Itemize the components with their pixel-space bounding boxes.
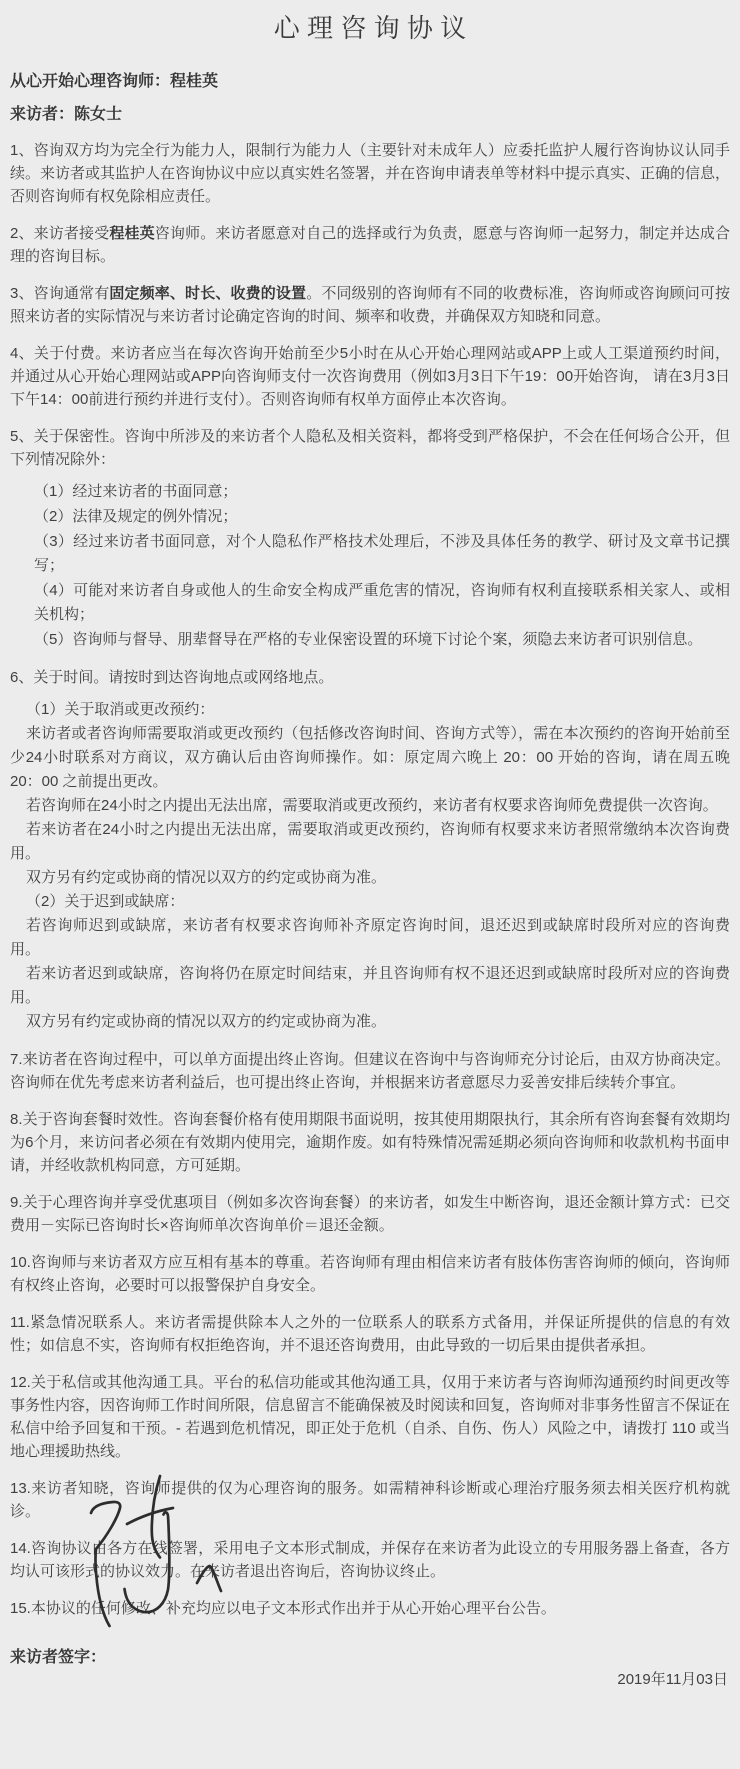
- clause-5-subitem-1: （1）经过来访者的书面同意；: [10, 480, 730, 504]
- signature-stroke-caret: [197, 1566, 221, 1591]
- clause-6-subline-4: 若来访者在24小时之内提出无法出席，需要取消或更改预约，咨询师有权要求来访者照常…: [10, 818, 730, 866]
- clause-6: 6、关于时间。请按时到达咨询地点或网络地点。 （1）关于取消或更改预约： 来访者…: [10, 666, 730, 1034]
- agreement-page: 心理咨询协议 从心开始心理咨询师：程桂英 来访者：陈女士 1、咨询双方均为完全行…: [0, 0, 740, 1769]
- clause-4: 4、关于付费。来访者应当在每次咨询开始前至少5小时在从心开始心理网站或APP上或…: [10, 342, 730, 411]
- clause-6-subline-3: 若咨询师在24小时之内提出无法出席，需要取消或更改预约，来访者有权要求咨询师免费…: [10, 794, 730, 818]
- clause-6-intro: 6、关于时间。请按时到达咨询地点或网络地点。: [10, 666, 730, 689]
- clause-6-subline-2: 来访者或者咨询师需要取消或更改预约（包括修改咨询时间、咨询方式等），需在本次预约…: [10, 722, 730, 794]
- counselor-name-emphasis: 程桂英: [109, 225, 154, 242]
- page-title: 心理咨询协议: [10, 10, 730, 46]
- clause-2-pre: 2、来访者接受: [10, 225, 109, 242]
- clause-9: 9.关于心理咨询并享受优惠项目（例如多次咨询套餐）的来访者，如发生中断咨询，退还…: [10, 1191, 730, 1237]
- clause-7: 7.来访者在咨询过程中，可以单方面提出终止咨询。但建议在咨询中与咨询师充分讨论后…: [10, 1048, 730, 1094]
- clause-5-subitem-3: （3）经过来访者书面同意，对个人隐私作严格技术处理后，不涉及具体任务的教学、研讨…: [10, 530, 730, 578]
- clause-3: 3、咨询通常有固定频率、时长、收费的设置。不同级别的咨询师有不同的收费标准，咨询…: [10, 282, 730, 328]
- clause-11: 11.紧急情况联系人。来访者需提供除本人之外的一位联系人的联系方式备用，并保证所…: [10, 1311, 730, 1357]
- visitor-heading: 来访者：陈女士: [10, 105, 730, 125]
- fee-setting-emphasis: 固定频率、时长、收费的设置: [109, 285, 306, 302]
- clause-5-intro: 5、关于保密性。咨询中所涉及的来访者个人隐私及相关资料，都将受到严格保护，不会在…: [10, 425, 730, 471]
- signing-date: 2019年11月03日: [617, 1670, 728, 1690]
- signature-stroke-loop: [125, 1512, 170, 1612]
- signature-stroke-crossbar: [127, 1508, 173, 1524]
- signature-label: 来访者签字：: [10, 1648, 730, 1668]
- clause-6-subline-5: 双方另有约定或协商的情况以双方的约定或协商为准。: [10, 866, 730, 890]
- signature-stroke-stem: [152, 1476, 160, 1558]
- signature-stroke-hook: [91, 1502, 120, 1626]
- time-rules: （1）关于取消或更改预约： 来访者或者咨询师需要取消或更改预约（包括修改咨询时间…: [10, 698, 730, 1034]
- clause-3-pre: 3、咨询通常有: [10, 285, 109, 302]
- clause-6-subline-8: 若来访者迟到或缺席，咨询将仍在原定时间结束，并且咨询师有权不退还迟到或缺席时段所…: [10, 962, 730, 1010]
- visitor-handwritten-signature: [70, 1460, 240, 1650]
- clause-5-subitem-2: （2）法律及规定的例外情况；: [10, 505, 730, 529]
- clause-8: 8.关于咨询套餐时效性。咨询套餐价格有使用期限书面说明，按其使用期限执行，其余所…: [10, 1108, 730, 1177]
- clause-6-subline-1: （1）关于取消或更改预约：: [10, 698, 730, 722]
- clause-12: 12.关于私信或其他沟通工具。平台的私信功能或其他沟通工具，仅用于来访者与咨询师…: [10, 1371, 730, 1463]
- clause-5-subitem-5: （5）咨询师与督导、朋辈督导在严格的专业保密设置的环境下讨论个案，须隐去来访者可…: [10, 628, 730, 652]
- clause-6-subline-9: 双方另有约定或协商的情况以双方的约定或协商为准。: [10, 1010, 730, 1034]
- clause-6-subline-7: 若咨询师迟到或缺席，来访者有权要求咨询师补齐原定咨询时间，退还迟到或缺席时段所对…: [10, 914, 730, 962]
- clause-10: 10.咨询师与来访者双方应互相有基本的尊重。若咨询师有理由相信来访者有肢体伤害咨…: [10, 1251, 730, 1297]
- clause-6-subline-6: （2）关于迟到或缺席：: [10, 890, 730, 914]
- clause-1: 1、咨询双方均为完全行为能力人，限制行为能力人（主要针对未成年人）应委托监护人履…: [10, 139, 730, 208]
- clause-5: 5、关于保密性。咨询中所涉及的来访者个人隐私及相关资料，都将受到严格保护，不会在…: [10, 425, 730, 652]
- agreement-body: 1、咨询双方均为完全行为能力人，限制行为能力人（主要针对未成年人）应委托监护人履…: [10, 139, 730, 1620]
- counselor-heading: 从心开始心理咨询师：程桂英: [10, 72, 730, 92]
- confidentiality-exceptions: （1）经过来访者的书面同意； （2）法律及规定的例外情况； （3）经过来访者书面…: [10, 480, 730, 652]
- clause-2: 2、来访者接受程桂英咨询师。来访者愿意对自己的选择或行为负责，愿意与咨询师一起努…: [10, 222, 730, 268]
- clause-5-subitem-4: （4）可能对来访者自身或他人的生命安全构成严重危害的情况，咨询师有权利直接联系相…: [10, 579, 730, 627]
